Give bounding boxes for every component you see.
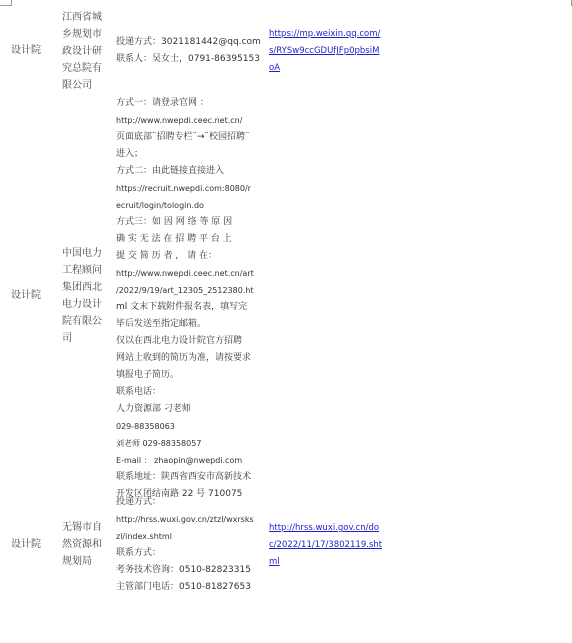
org-line: 乡规划市 xyxy=(62,26,108,43)
recruit-link[interactable]: c/2022/11/17/3802119.sht xyxy=(269,537,384,554)
contact-line: 联系人：吴女士，0791-86395153 xyxy=(116,51,262,68)
contact-line: 投递方式：3021181442@qq.com xyxy=(116,34,262,51)
contact-line: 考务技术咨询：0510-82823315 xyxy=(116,562,262,579)
page-corner-mark xyxy=(0,0,12,6)
contact-line: https://recruit.nwepdi.com:8080/r xyxy=(116,180,262,197)
contact-line: 进入； xyxy=(116,146,262,163)
contact-line: 填报电子简历。 xyxy=(116,367,262,384)
category-cell: 设计院 xyxy=(11,42,55,59)
org-line: 工程顾问 xyxy=(62,262,108,279)
recruit-link[interactable]: oA xyxy=(269,60,384,77)
org-line: 无锡市自 xyxy=(62,519,108,536)
contact-line: 刘老师 029-88358057 xyxy=(116,435,262,452)
link-cell: https://mp.weixin.qq.com/ s/RYSw9ccGDUfJ… xyxy=(269,26,384,77)
link-cell: http://hrss.wuxi.gov.cn/do c/2022/11/17/… xyxy=(269,520,384,571)
contact-line: 联系电话： xyxy=(116,384,262,401)
contact-line: 主管部门电话：0510-81827653 xyxy=(116,579,262,596)
contact-line: 方式一：请登录官网 ： xyxy=(116,95,262,112)
contact-line: zl/index.shtml xyxy=(116,528,262,545)
contact-cell: 投递方式：3021181442@qq.com 联系人：吴女士，0791-8639… xyxy=(116,34,262,68)
category-cell: 设计院 xyxy=(11,536,55,553)
contact-line: 人力资源部 刁老师 xyxy=(116,401,262,418)
contact-cell: 方式一：请登录官网 ： http://www.nwepdi.ceec.net.c… xyxy=(116,95,262,503)
org-line: 究总院有 xyxy=(62,60,108,77)
recruit-link[interactable]: http://hrss.wuxi.gov.cn/do xyxy=(269,520,384,537)
org-line: 电力设计 xyxy=(62,296,108,313)
org-line: 中国电力 xyxy=(62,245,108,262)
contact-line: 029-88358063 xyxy=(116,418,262,435)
recruit-link[interactable]: s/RYSw9ccGDUfJFp0pbsiM xyxy=(269,43,384,60)
contact-line: 方式二：由此链接直接进入 xyxy=(116,163,262,180)
contact-line: 页面底部¨招聘专栏¨→¨校园招聘¨ xyxy=(116,129,262,146)
contact-line: 确 实 无 法 在 招 聘 平 台 上 xyxy=(116,231,262,248)
contact-line: 仅以在西北电力设计院官方招聘 xyxy=(116,333,262,350)
contact-line: 联系地址：陕西省西安市高新技术 xyxy=(116,469,262,486)
contact-line: ecruit/login/tologin.do xyxy=(116,197,262,214)
org-line: 政设计研 xyxy=(62,43,108,60)
org-line: 院有限公 xyxy=(62,313,108,330)
org-line: 规划局 xyxy=(62,553,108,570)
recruit-link[interactable]: https://mp.weixin.qq.com/ xyxy=(269,26,384,43)
contact-line: 提 交 简 历 者 ， 请 在： xyxy=(116,248,262,265)
org-line: 江西省城 xyxy=(62,9,108,26)
org-cell: 江西省城 乡规划市 政设计研 究总院有 限公司 xyxy=(62,9,108,94)
contact-line: 毕后发送至指定邮箱。 xyxy=(116,316,262,333)
org-line: 然资源和 xyxy=(62,536,108,553)
contact-line: 投递方式： xyxy=(116,494,262,511)
recruit-link[interactable]: ml xyxy=(269,554,384,571)
category-cell: 设计院 xyxy=(11,287,55,304)
contact-line: ml 文末下载附件报名表，填写完 xyxy=(116,299,262,316)
contact-line: /2022/9/19/art_12305_2512380.ht xyxy=(116,282,262,299)
contact-line: http://www.nwepdi.ceec.net.cn/ xyxy=(116,112,262,129)
contact-line: 网站上收到的简历为准，请按要求 xyxy=(116,350,262,367)
contact-line: http://hrss.wuxi.gov.cn/ztzl/wxrsks xyxy=(116,511,262,528)
contact-line: E-mail ： zhaopin@nwepdi.com xyxy=(116,452,262,469)
contact-line: 联系方式： xyxy=(116,545,262,562)
org-cell: 中国电力 工程顾问 集团西北 电力设计 院有限公 司 xyxy=(62,245,108,347)
contact-cell: 投递方式： http://hrss.wuxi.gov.cn/ztzl/wxrsk… xyxy=(116,494,262,596)
org-line: 司 xyxy=(62,330,108,347)
contact-line: http://www.nwepdi.ceec.net.cn/art xyxy=(116,265,262,282)
org-line: 限公司 xyxy=(62,77,108,94)
contact-line: 方式三：如 因 网 络 等 原 因 xyxy=(116,214,262,231)
org-line: 集团西北 xyxy=(62,279,108,296)
org-cell: 无锡市自 然资源和 规划局 xyxy=(62,519,108,570)
